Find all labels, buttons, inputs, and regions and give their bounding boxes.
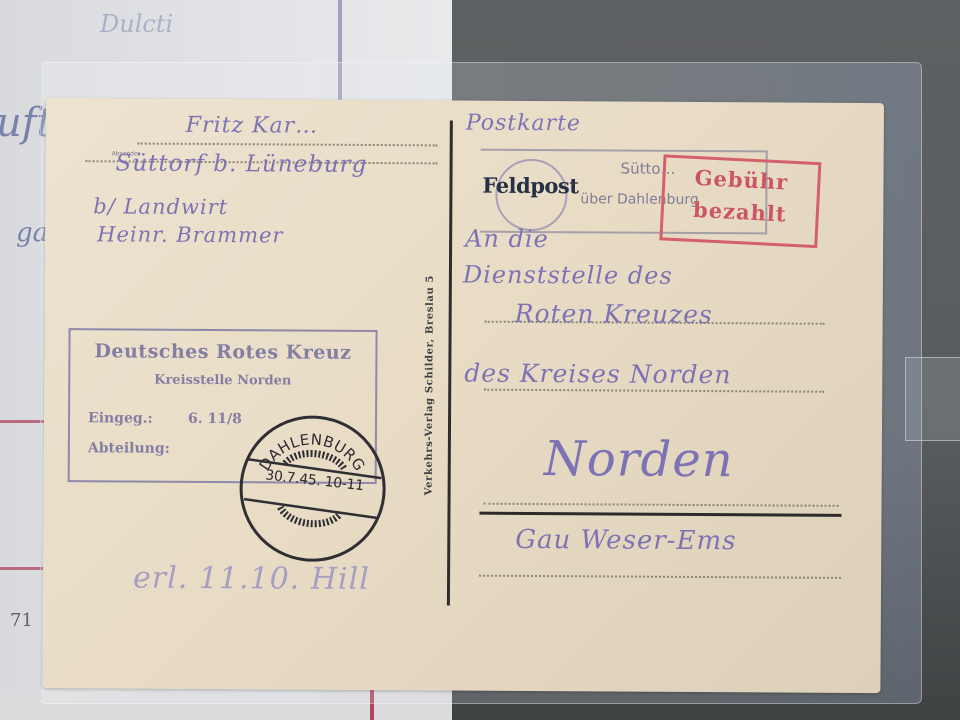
photo-scene: Dulcti ufte ga 71 Absender Fritz Kar… Sü… (0, 0, 960, 720)
sleeve-tab (905, 357, 960, 441)
address-line: Roten Kreuzes (515, 299, 713, 329)
sender-name: Fritz Kar… (186, 113, 318, 139)
address-underline (479, 512, 841, 517)
processing-note: erl. 11.10. Hill (133, 561, 370, 597)
drk-department-label: Abteilung: (88, 440, 170, 457)
address-line: des Kreises Norden (464, 359, 731, 390)
feldpost-label: Feldpost (482, 173, 578, 199)
address-region: Gau Weser-Ems (515, 525, 736, 556)
drk-stamp-office: Kreisstelle Norden (70, 372, 375, 389)
postage-paid-stamp: Gebühr bezahlt (659, 154, 821, 248)
address-line: An die (465, 225, 549, 254)
address-dotted-line (484, 389, 824, 393)
dahlenburg-postmark: DAHLENBURG 30.7.45. 10-11 (232, 408, 393, 569)
sender-care-of: Heinr. Brammer (97, 222, 284, 247)
center-divider (447, 120, 453, 605)
address-line: Dienststelle des (463, 261, 673, 290)
drk-stamp-title: Deutsches Rotes Kreuz (70, 340, 375, 364)
sender-occupation: b/ Landwirt (93, 194, 228, 219)
sender-place: Süttorf b. Lüneburg (116, 150, 368, 178)
postcard: Absender Fritz Kar… Süttorf b. Lüneburg … (42, 98, 884, 693)
drk-received-value: 6. 11/8 (188, 411, 242, 427)
drk-received-label: Eingeg.: (88, 410, 153, 426)
address-dotted-line (484, 503, 839, 507)
address-city: Norden (544, 431, 734, 488)
address-dotted-line (479, 575, 841, 579)
paid-stamp-line2: bezahlt (663, 195, 816, 228)
postcard-heading: Postkarte (466, 111, 581, 137)
letter-handwriting: 71 (10, 610, 33, 631)
publisher-imprint: Verkehrs-Verlag Schilder, Breslau 5 (424, 255, 436, 495)
sender-dotted-line (138, 143, 438, 147)
letter-handwriting: Dulcti (100, 10, 173, 38)
paid-stamp-line1: Gebühr (665, 164, 818, 197)
